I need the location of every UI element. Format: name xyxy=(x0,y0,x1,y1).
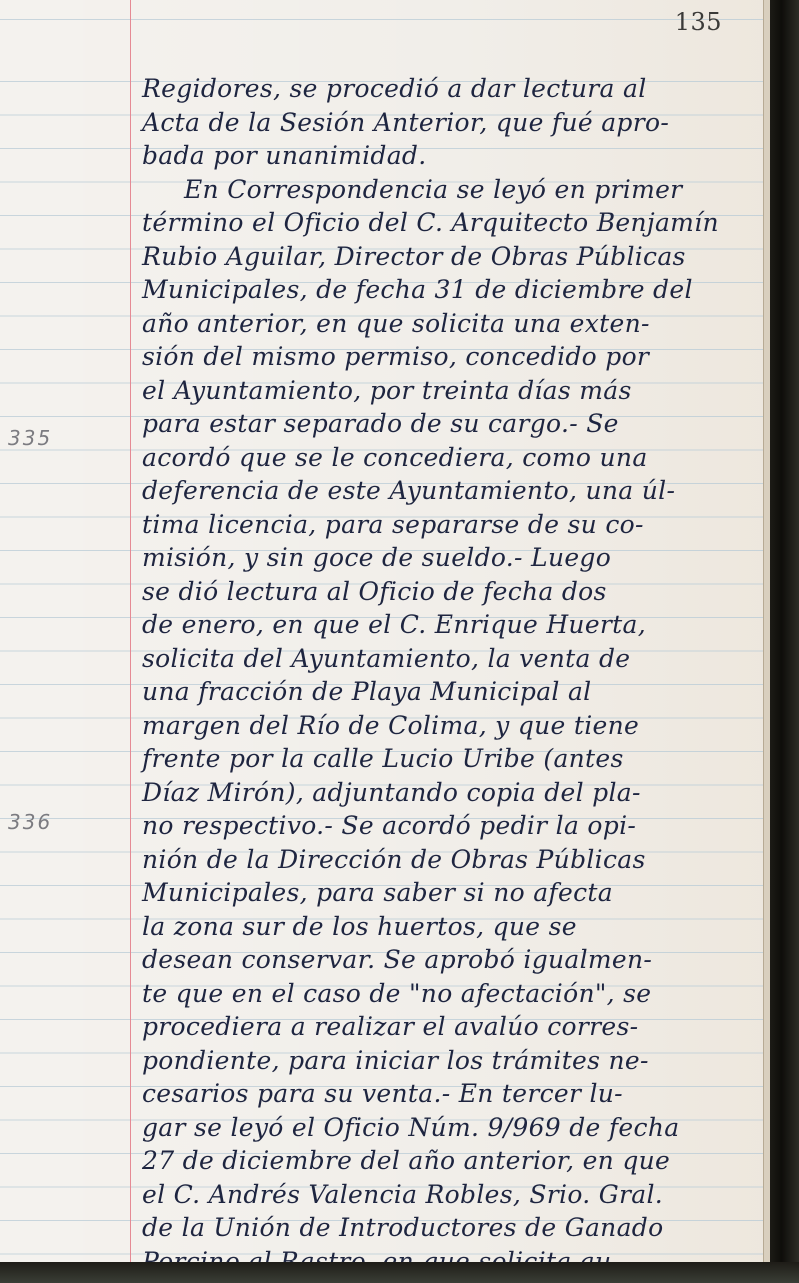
text-line: margen del Río de Colima, y que tiene xyxy=(142,709,762,743)
text-line: Regidores, se procedió a dar lectura al xyxy=(142,72,762,106)
page-number: 135 xyxy=(675,8,722,36)
text-line: frente por la calle Lucio Uribe (antes xyxy=(142,742,762,776)
text-line: deferencia de este Ayuntamiento, una úl- xyxy=(142,474,762,508)
text-line: cesarios para su venta.- En tercer lu- xyxy=(142,1077,762,1111)
handwritten-text-block: Regidores, se procedió a dar lectura al … xyxy=(142,72,762,1268)
text-line: misión, y sin goce de sueldo.- Luego xyxy=(142,541,762,575)
text-line: no respectivo.- Se acordó pedir la opi- xyxy=(142,809,762,843)
margin-note-336: 336 xyxy=(8,810,52,834)
margin-note-335: 335 xyxy=(8,426,52,450)
text-line-paragraph-start: En Correspondencia se leyó en primer xyxy=(142,173,762,207)
text-line: para estar separado de su cargo.- Se xyxy=(142,407,762,441)
book-bottom-edge xyxy=(0,1262,799,1283)
text-line: la zona sur de los huertos, que se xyxy=(142,910,762,944)
ledger-page: 135 335 336 Regidores, se procedió a dar… xyxy=(0,0,770,1268)
text-line: 27 de diciembre del año anterior, en que xyxy=(142,1144,762,1178)
text-line: Municipales, para saber si no afecta xyxy=(142,876,762,910)
text-line: el Ayuntamiento, por treinta días más xyxy=(142,374,762,408)
book-binding xyxy=(770,0,799,1283)
text-line: Rubio Aguilar, Director de Obras Pública… xyxy=(142,240,762,274)
text-line: de la Unión de Introductores de Ganado xyxy=(142,1211,762,1245)
text-line: año anterior, en que solicita una exten- xyxy=(142,307,762,341)
text-line: Municipales, de fecha 31 de diciembre de… xyxy=(142,273,762,307)
text-line: pondiente, para iniciar los trámites ne- xyxy=(142,1044,762,1078)
text-line: acordó que se le concediera, como una xyxy=(142,441,762,475)
text-line: una fracción de Playa Municipal al xyxy=(142,675,762,709)
text-line: nión de la Dirección de Obras Públicas xyxy=(142,843,762,877)
text-line: el C. Andrés Valencia Robles, Srio. Gral… xyxy=(142,1178,762,1212)
text-line: tima licencia, para separarse de su co- xyxy=(142,508,762,542)
text-line: sión del mismo permiso, concedido por xyxy=(142,340,762,374)
text-line: Díaz Mirón), adjuntando copia del pla- xyxy=(142,776,762,810)
text-line: de enero, en que el C. Enrique Huerta, xyxy=(142,608,762,642)
text-line: procediera a realizar el avalúo corres- xyxy=(142,1010,762,1044)
text-line: gar se leyó el Oficio Núm. 9/969 de fech… xyxy=(142,1111,762,1145)
text-line: te que en el caso de "no afectación", se xyxy=(142,977,762,1011)
page-edge xyxy=(763,0,770,1268)
red-margin-line xyxy=(130,0,131,1268)
text-line: solicita del Ayuntamiento, la venta de xyxy=(142,642,762,676)
text-line: Acta de la Sesión Anterior, que fué apro… xyxy=(142,106,762,140)
text-line: desean conservar. Se aprobó igualmen- xyxy=(142,943,762,977)
text-line: bada por unanimidad. xyxy=(142,139,762,173)
text-line: se dió lectura al Oficio de fecha dos xyxy=(142,575,762,609)
text-line: término el Oficio del C. Arquitecto Benj… xyxy=(142,206,762,240)
